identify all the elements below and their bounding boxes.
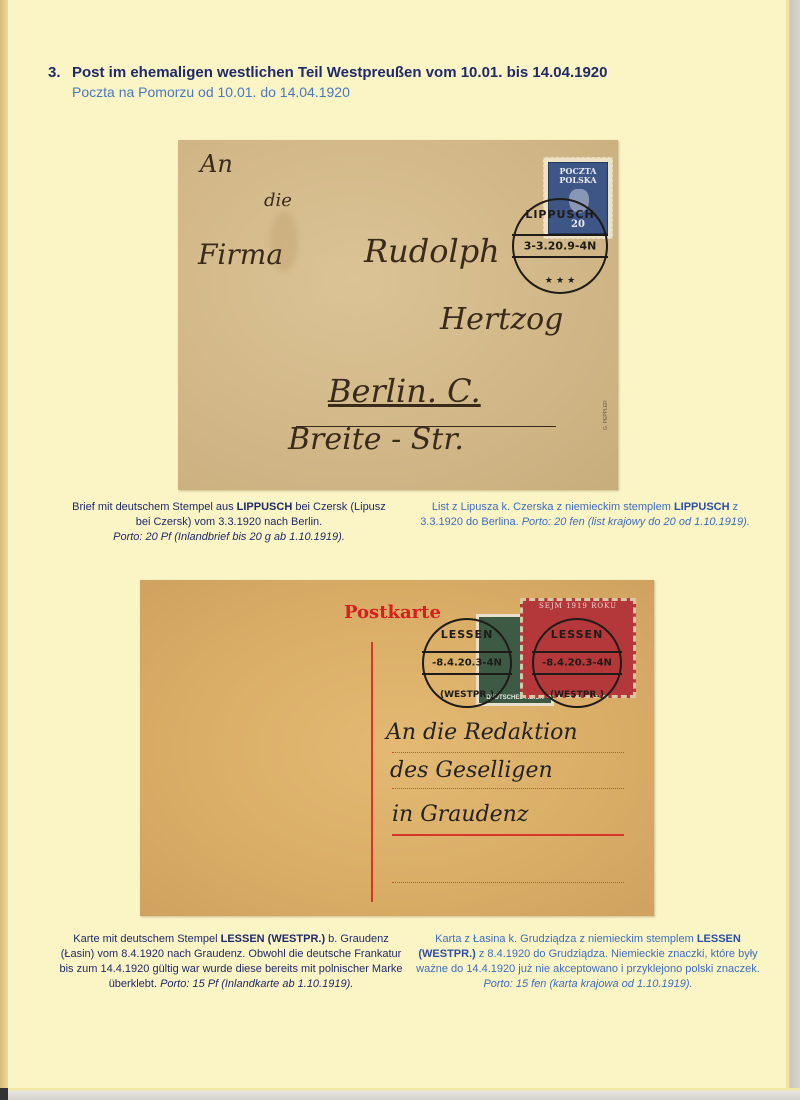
caption-envelope-de: Brief mit deutschem Stempel aus LIPPUSCH… bbox=[64, 500, 394, 545]
address-line: An die Redaktion bbox=[386, 720, 578, 745]
page-edge-left bbox=[0, 0, 8, 1088]
section-number: 3. bbox=[48, 64, 61, 81]
postcard-title: Postkarte bbox=[344, 602, 441, 623]
stamp-text: POLSKA bbox=[549, 176, 607, 185]
address-line: An bbox=[200, 150, 233, 178]
postmark-town: LIPPUSCH bbox=[514, 208, 606, 221]
caption-postcard-de: Karte mit deutschem Stempel LESSEN (WEST… bbox=[56, 932, 406, 992]
postcard-image: Postkarte DEUTSCHES REICH SEJM 1919 ROKU… bbox=[140, 580, 654, 916]
postmark-lessen: LESSEN -8.4.20.3-4N (WESTPR.) bbox=[532, 618, 622, 708]
star-icons: ★ ★ ★ bbox=[514, 276, 606, 286]
page-edge-bottom bbox=[0, 1088, 800, 1100]
address-line: Breite - Str. bbox=[288, 422, 464, 457]
address-dotted-line bbox=[392, 882, 624, 883]
postmark-date: 3-3.20.9-4N bbox=[514, 240, 606, 253]
section-title-pl: Poczta na Pomorzu od 10.01. do 14.04.192… bbox=[72, 84, 350, 100]
address-line: die bbox=[264, 190, 292, 211]
address-line: Hertzog bbox=[440, 302, 563, 337]
caption-postcard-pl: Karta z Łasina k. Grudziądza z niemiecki… bbox=[408, 932, 768, 992]
divider-line bbox=[371, 642, 373, 902]
caption-envelope-pl: List z Lipusza k. Czerska z niemieckim s… bbox=[410, 500, 760, 530]
address-dotted-line bbox=[392, 788, 624, 789]
envelope-image: An die Firma Rudolph Hertzog Berlin. C. … bbox=[178, 140, 618, 490]
printer-mark: G. PEPPLER bbox=[603, 400, 609, 430]
postmark-lessen: LESSEN -8.4.20.3-4N (WESTPR.) bbox=[422, 618, 512, 708]
address-line: Firma bbox=[198, 238, 283, 271]
underline bbox=[296, 426, 556, 427]
address-line: des Geselligen bbox=[390, 758, 553, 783]
address-solid-line bbox=[392, 834, 624, 836]
address-line: Berlin. C. bbox=[328, 372, 481, 410]
address-dotted-line bbox=[392, 752, 624, 753]
address-line: Rudolph bbox=[364, 232, 500, 270]
postmark-lippusch: LIPPUSCH 3-3.20.9-4N ★ ★ ★ bbox=[512, 198, 608, 294]
section-title-de: Post im ehemaligen westlichen Teil Westp… bbox=[72, 64, 608, 81]
page-edge-right bbox=[786, 0, 800, 1100]
address-line: in Graudenz bbox=[392, 802, 528, 827]
